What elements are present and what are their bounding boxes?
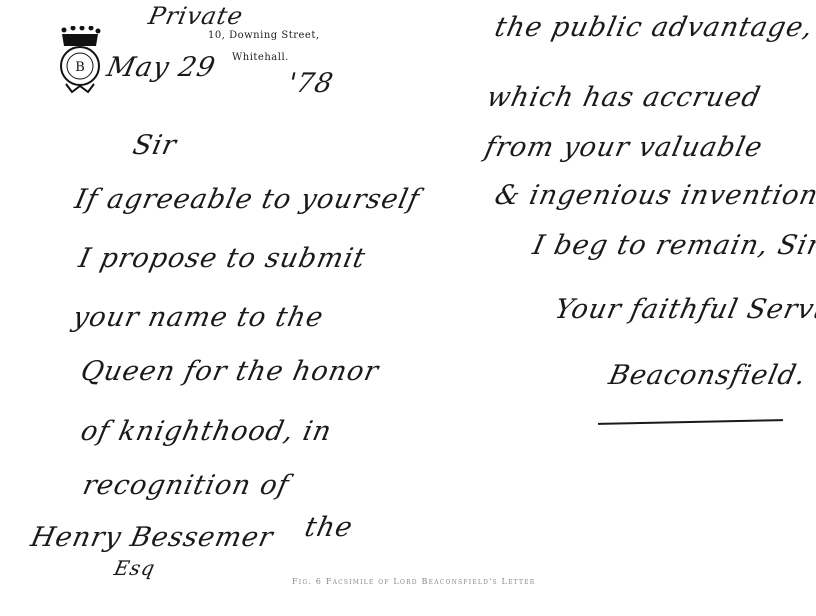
letter-line: the xyxy=(302,512,356,543)
letter-line: recognition of xyxy=(80,470,292,501)
royal-crest-icon: B xyxy=(58,26,102,96)
letter-line: from your valuable xyxy=(482,132,766,163)
letter-line: of knighthood, in xyxy=(78,416,335,447)
letterhead-address-line1: 10, Downing Street, xyxy=(208,30,320,41)
signature-underline xyxy=(598,419,783,425)
letter-facsimile-page: B Private 10, Downing Street, Whitehall.… xyxy=(0,0,816,616)
letterhead-address-line2: Whitehall. xyxy=(232,52,289,63)
letter-line: the public advantage, xyxy=(492,12,816,43)
addressee-name: Henry Bessemer xyxy=(28,522,276,553)
letter-year: '78 xyxy=(285,68,336,99)
letter-line: Queen for the honor xyxy=(78,356,382,387)
closing-line: Your faithful Servt, xyxy=(552,294,816,325)
letter-line: your name to the xyxy=(70,302,327,333)
letter-line: which has accrued xyxy=(484,82,764,113)
letter-line: I propose to submit xyxy=(76,243,369,274)
figure-caption: Fig. 6 Facsimile of Lord Beaconsfield's … xyxy=(292,577,535,586)
letter-date: May 29 xyxy=(104,52,219,83)
letter-line: & ingenious invention. xyxy=(492,180,816,211)
svg-text:B: B xyxy=(75,60,85,75)
signature: Beaconsfield. xyxy=(606,360,809,391)
private-marking: Private xyxy=(146,2,246,30)
addressee-suffix: Esq xyxy=(112,556,158,580)
salutation: Sir xyxy=(130,130,180,161)
letter-line: If agreeable to yourself xyxy=(72,184,423,215)
closing-line: I beg to remain, Sir, xyxy=(530,230,816,261)
